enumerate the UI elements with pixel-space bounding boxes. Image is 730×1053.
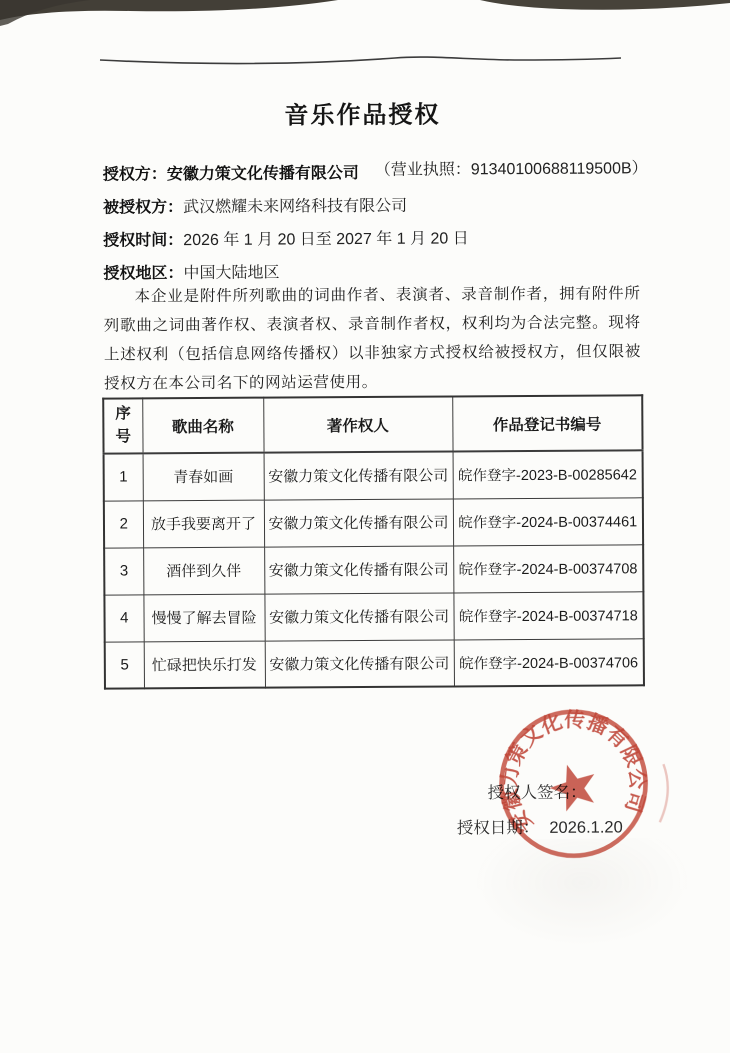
authorization-statement: 本企业是附件所列歌曲的词曲作者、表演者、录音制作者，拥有附件所列歌曲之词曲著作权… xyxy=(104,279,642,398)
table-row: 4 慢慢了解去冒险 安徽力策文化传播有限公司 皖作登字-2024-B-00374… xyxy=(104,591,643,641)
header-seq: 序号 xyxy=(103,398,142,453)
cell-seq: 4 xyxy=(104,594,143,641)
authorization-fields: 授权方：安徽力策文化传播有限公司（营业执照：91340100688119500B… xyxy=(103,158,649,293)
period-value: 2026 年 1 月 20 日至 2027 年 1 月 20 日 xyxy=(183,225,469,250)
cell-song-name: 慢慢了解去冒险 xyxy=(143,594,264,642)
cell-copyright-owner: 安徽力策文化传播有限公司 xyxy=(264,592,453,640)
cell-registration-no: 皖作登字-2024-B-00374706 xyxy=(454,638,644,686)
cell-registration-no: 皖作登字-2024-B-00374461 xyxy=(453,497,643,545)
svg-text:安徽力策文化传播有限公司: 安徽力策文化传播有限公司 xyxy=(491,700,655,839)
cell-seq: 5 xyxy=(105,641,144,688)
table-header-row: 序号 歌曲名称 著作权人 作品登记书编号 xyxy=(103,395,642,453)
period-row: 授权时间：2026 年 1 月 20 日至 2027 年 1 月 20 日 xyxy=(103,224,648,260)
company-seal-stamp: 安徽力策文化传播有限公司 xyxy=(491,700,692,869)
header-registration-no: 作品登记书编号 xyxy=(452,395,642,451)
licensee-label: 被授权方： xyxy=(103,194,183,217)
business-license-number: （营业执照：91340100688119500B） xyxy=(375,155,648,180)
table-row: 5 忙碌把快乐打发 安徽力策文化传播有限公司 皖作登字-2024-B-00374… xyxy=(105,638,644,688)
songs-table: 序号 歌曲名称 著作权人 作品登记书编号 1 青春如画 安徽力策文化传播有限公司… xyxy=(102,394,645,689)
licensor-name: 安徽力策文化传播有限公司 xyxy=(167,160,359,184)
cell-copyright-owner: 安徽力策文化传播有限公司 xyxy=(264,451,453,499)
period-label: 授权时间： xyxy=(103,227,183,250)
scanned-document-page: 音乐作品授权 授权方：安徽力策文化传播有限公司（营业执照：91340100688… xyxy=(0,0,730,1053)
region-value: 中国大陆地区 xyxy=(183,260,279,284)
cell-copyright-owner: 安徽力策文化传播有限公司 xyxy=(265,639,454,687)
cell-song-name: 忙碌把快乐打发 xyxy=(144,641,265,689)
cell-seq: 2 xyxy=(104,500,143,547)
cell-registration-no: 皖作登字-2023-B-00285642 xyxy=(453,450,643,498)
licensor-label: 授权方： xyxy=(103,161,167,184)
document-title: 音乐作品授权 xyxy=(0,93,728,132)
seal-company-name: 安徽力策文化传播有限公司 xyxy=(491,700,655,839)
cell-song-name: 青春如画 xyxy=(143,453,264,501)
cell-registration-no: 皖作登字-2024-B-00374708 xyxy=(453,544,643,592)
cell-seq: 3 xyxy=(104,547,143,594)
header-song-name: 歌曲名称 xyxy=(142,398,263,454)
licensee-name: 武汉燃耀未来网络科技有限公司 xyxy=(183,193,407,217)
table-row: 2 放手我要离开了 安徽力策文化传播有限公司 皖作登字-2024-B-00374… xyxy=(104,497,643,547)
cell-copyright-owner: 安徽力策文化传播有限公司 xyxy=(264,545,453,593)
table-row: 1 青春如画 安徽力策文化传播有限公司 皖作登字-2023-B-00285642 xyxy=(104,450,643,500)
cell-copyright-owner: 安徽力策文化传播有限公司 xyxy=(264,498,453,546)
cell-registration-no: 皖作登字-2024-B-00374718 xyxy=(453,591,643,639)
cell-seq: 1 xyxy=(104,453,143,500)
document-content: 音乐作品授权 授权方：安徽力策文化传播有限公司（营业执照：91340100688… xyxy=(0,0,730,1053)
seal-edge-smudge xyxy=(659,764,668,822)
licensee-row: 被授权方：武汉燃耀未来网络科技有限公司 xyxy=(103,191,648,227)
licensor-row: 授权方：安徽力策文化传播有限公司（营业执照：91340100688119500B… xyxy=(103,158,648,194)
header-copyright-owner: 著作权人 xyxy=(263,396,452,452)
region-label: 授权地区： xyxy=(103,260,183,283)
cell-song-name: 酒伴到久伴 xyxy=(143,547,264,595)
table-row: 3 酒伴到久伴 安徽力策文化传播有限公司 皖作登字-2024-B-0037470… xyxy=(104,544,643,594)
cell-song-name: 放手我要离开了 xyxy=(143,500,264,548)
seal-star-icon xyxy=(545,758,603,814)
